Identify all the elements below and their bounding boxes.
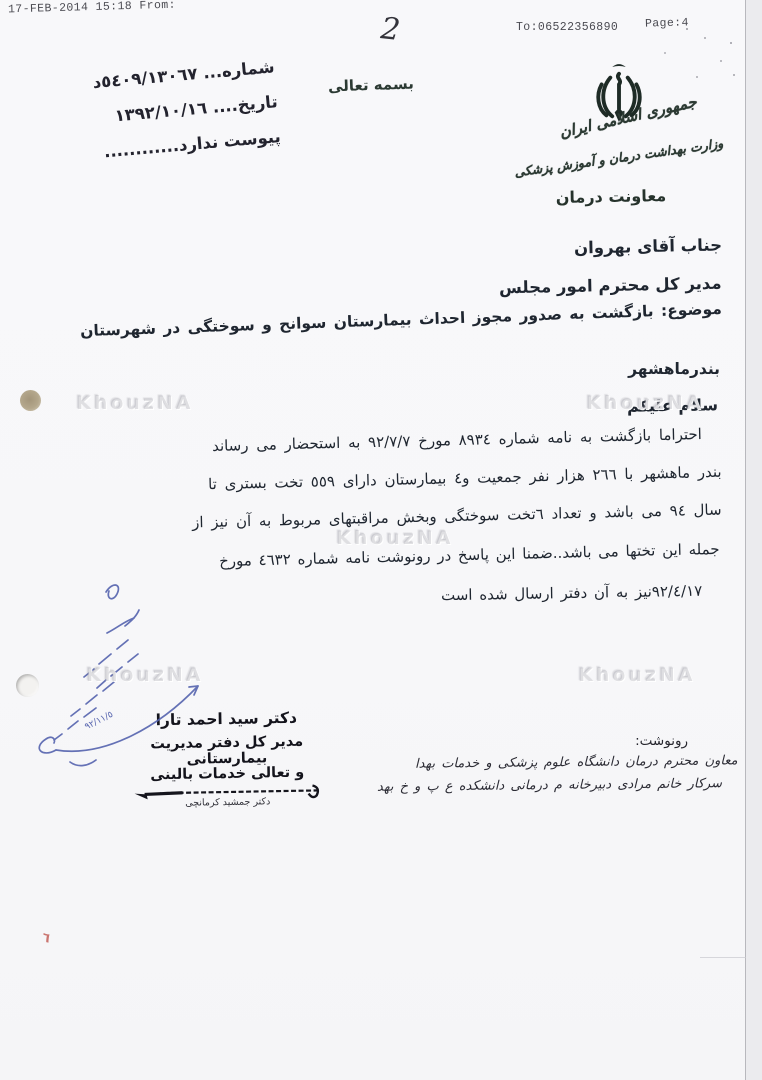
handwritten-page-mark: 2 (379, 11, 402, 48)
copy-item-2: سرکار خانم مرادی دبیرخانه م درمانی دانشک… (377, 776, 722, 795)
scanned-letter-page: 17-FEB-2014 15:18 From: 2 To:06522356890… (0, 0, 762, 1080)
fold-line (700, 957, 746, 958)
fax-to-number: To:06522356890 (516, 21, 618, 34)
letterhead-ministry: وزارت بهداشت درمان و آموزش پزشکی (514, 135, 724, 179)
copies-label: رونوشت: (635, 733, 688, 749)
fax-page-number: Page:4 (645, 16, 689, 30)
recipient-title: مدیر کل محترم امور مجلس (499, 274, 722, 298)
subject-continuation: بندرماهشهر (628, 360, 720, 378)
watermark: KhouzNA (76, 392, 194, 414)
body-line-4: جمله این تختها می باشد..ضمنا این پاسخ در… (219, 540, 720, 570)
handwritten-blue-note (10, 574, 220, 774)
subject-text: بازگشت به صدور مجوز احداث بیمارستان سوان… (80, 302, 654, 340)
punch-hole-bottom (16, 674, 39, 697)
scan-edge (745, 0, 762, 1080)
subject-line: موضوع: بازگشت به صدور مجوز احداث بیمارست… (80, 300, 722, 340)
watermark: KhouzNA (336, 527, 454, 549)
body-line-2: بندر ماهشهر با ٢٦٦ هزار نفر جمعیت و٤ بیم… (208, 463, 722, 494)
body-line-1: احتراما بازگشت به نامه شماره ٨٩٣٤ مورخ ٩… (212, 425, 702, 455)
subject-label: موضوع: (661, 300, 722, 320)
reference-stamp: شماره... ٥٤٠٩/١٣٠٦٧د تاریخ.... ١٣٩٢/١٠/١… (24, 49, 282, 175)
letterhead-deputy: معاونت درمان (552, 186, 670, 207)
punch-hole-top (20, 390, 41, 411)
fax-from-line: 17-FEB-2014 15:18 From: (8, 0, 176, 16)
body-line-3: سال ٩٤ می باشد و تعداد ٦تخت سوختگی وبخش … (192, 501, 722, 532)
scan-noise-speckles (686, 28, 688, 30)
recipient-name: جناب آقای بهروان (574, 235, 722, 257)
bismillah-text: بسمه تعالی (328, 75, 414, 96)
body-line-5: ٩٢/٤/١٧نیز به آن دفتر ارسال شده است (441, 582, 703, 605)
watermark: KhouzNA (578, 664, 696, 686)
red-pen-mark: ٦ (40, 930, 51, 946)
copy-item-1: معاون محترم درمان دانشگاه علوم پزشکی و خ… (415, 753, 738, 771)
salutation: سلام علیکم (627, 395, 718, 416)
